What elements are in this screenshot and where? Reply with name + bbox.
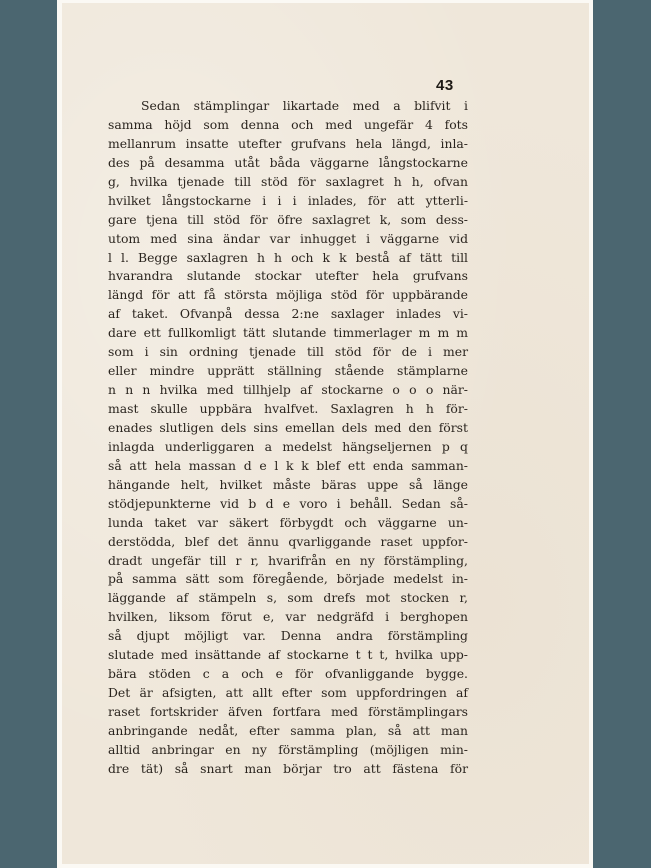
text-line: bära stöden c a och e för ofvanliggande … bbox=[108, 665, 468, 684]
text-line: derstödda, blef det ännu qvarliggande ra… bbox=[108, 533, 468, 552]
text-line: hängande helt, hvilket måste bäras uppe … bbox=[108, 476, 468, 495]
text-line: på samma sätt som föregående, började me… bbox=[108, 570, 468, 589]
text-line: hvilket långstockarne i i i inlades, för… bbox=[108, 192, 468, 211]
text-line: inlagda underliggaren a medelst hängselj… bbox=[108, 438, 468, 457]
text-line: mast skulle uppbära hvalfvet. Saxlagren … bbox=[108, 400, 468, 419]
text-line: eller mindre upprätt ställning stående s… bbox=[108, 362, 468, 381]
text-line: Sedan stämplingar likartade med a blifvi… bbox=[108, 97, 468, 116]
text-line: stödjepunkterne vid b d e voro i behåll.… bbox=[108, 495, 468, 514]
text-line: dradt ungefär till r r, hvarifrån en ny … bbox=[108, 552, 468, 571]
text-line: gare tjena till stöd för öfre saxlagret … bbox=[108, 211, 468, 230]
text-line: läggande af stämpeln s, som drefs mot st… bbox=[108, 589, 468, 608]
text-line: hvilken, liksom förut e, var nedgräfd i … bbox=[108, 608, 468, 627]
text-line: så djupt möjligt var. Denna andra förstä… bbox=[108, 627, 468, 646]
text-line: af taket. Ofvanpå dessa 2:ne saxlager in… bbox=[108, 305, 468, 324]
text-line: alltid anbringar en ny förstämpling (möj… bbox=[108, 741, 468, 760]
text-line: mellanrum insatte utefter grufvans hela … bbox=[108, 135, 468, 154]
text-line: lunda taket var säkert förbygdt och vägg… bbox=[108, 514, 468, 533]
text-line: så att hela massan d e l k k blef ett en… bbox=[108, 457, 468, 476]
text-line: som i sin ordning tjenade till stöd för … bbox=[108, 343, 468, 362]
text-line: g, hvilka tjenade till stöd för saxlagre… bbox=[108, 173, 468, 192]
text-line: raset fortskrider äfven fortfara med för… bbox=[108, 703, 468, 722]
text-line: hvarandra slutande stockar utefter hela … bbox=[108, 267, 468, 286]
page-frame: 43 Sedan stämplingar likartade med a bli… bbox=[57, 0, 593, 868]
text-line: enades slutligen dels sins emellan dels … bbox=[108, 419, 468, 438]
text-line: dre tät) så snart man börjar tro att fäs… bbox=[108, 760, 468, 779]
text-line: samma höjd som denna och med ungefär 4 f… bbox=[108, 116, 468, 135]
text-line: utom med sina ändar var inhugget i vägga… bbox=[108, 230, 468, 249]
text-line: anbringande nedåt, efter samma plan, så … bbox=[108, 722, 468, 741]
text-line: des på desamma utåt båda väggarne långst… bbox=[108, 154, 468, 173]
text-line: slutade med insättande af stockarne t t … bbox=[108, 646, 468, 665]
body-text: Sedan stämplingar likartade med a blifvi… bbox=[108, 97, 468, 779]
text-line: Det är afsigten, att allt efter som uppf… bbox=[108, 684, 468, 703]
text-line: dare ett fullkomligt tätt slutande timme… bbox=[108, 324, 468, 343]
text-line: längd för att få största möjliga stöd fö… bbox=[108, 286, 468, 305]
page-number: 43 bbox=[436, 77, 454, 94]
text-line: n n n hvilka med tillhjelp af stockarne … bbox=[108, 381, 468, 400]
book-page: 43 Sedan stämplingar likartade med a bli… bbox=[62, 3, 589, 864]
text-line: l l. Begge saxlagren h h och k k bestå a… bbox=[108, 249, 468, 268]
